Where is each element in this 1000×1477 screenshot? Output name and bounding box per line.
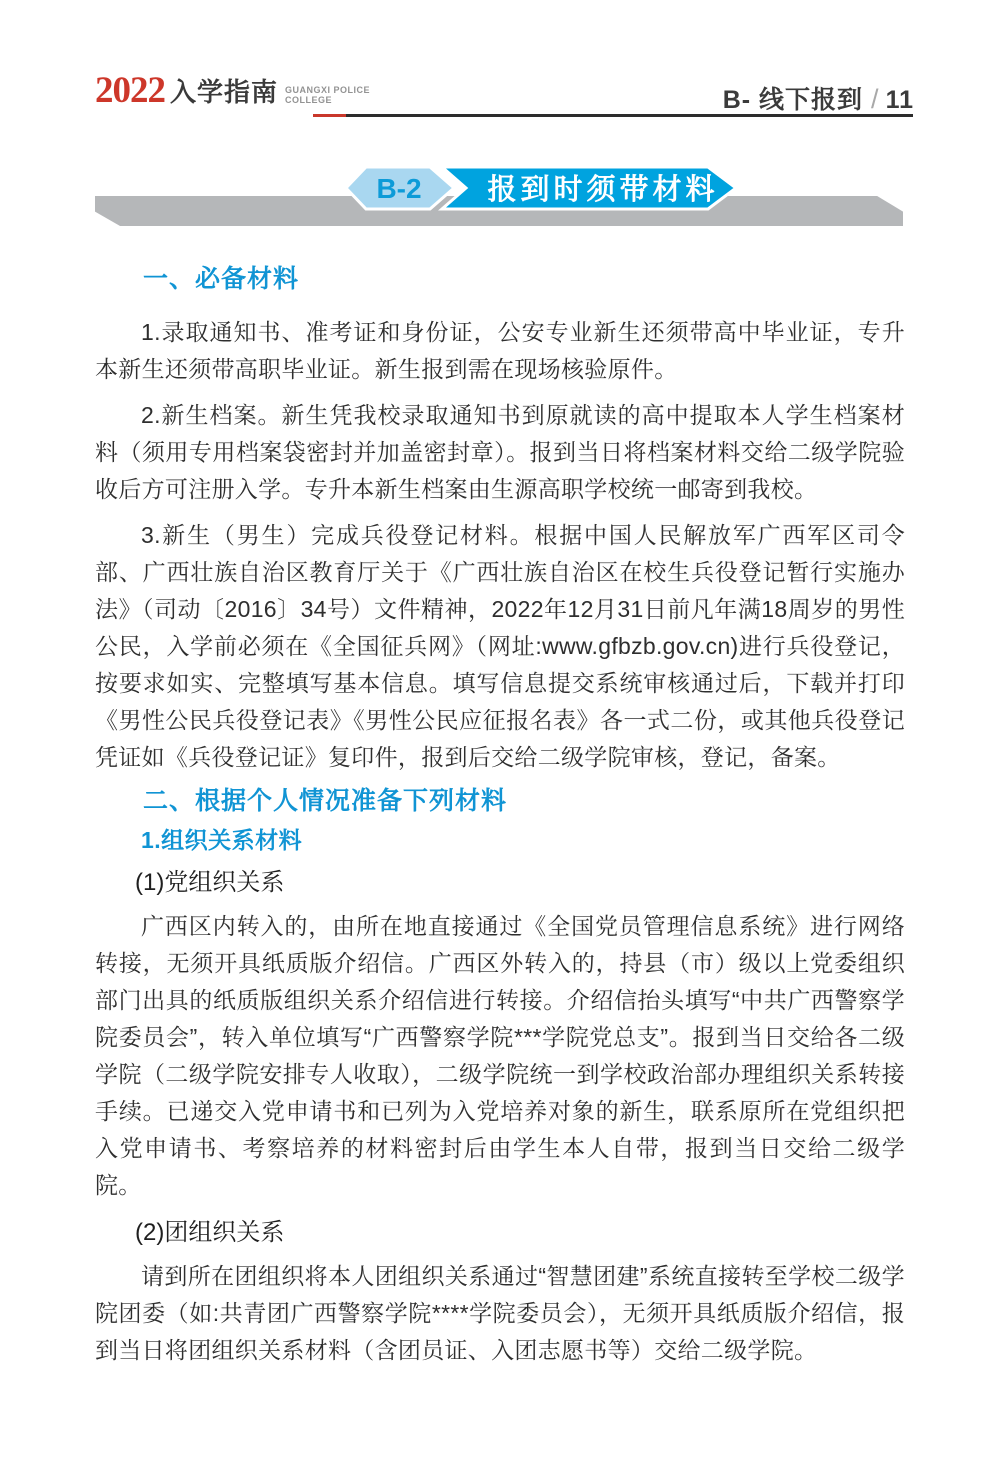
logo-subtitle-line1: GUANGXI POLICE xyxy=(285,85,370,95)
paragraph-military-registration: 3.新生（男生）完成兵役登记材料。根据中国人民解放军广西军区司令部、广西壮族自治… xyxy=(95,517,905,776)
logo: 2022 入学指南 GUANGXI POLICE COLLEGE xyxy=(95,76,370,106)
section-heading-required-materials: 一、必备材料 xyxy=(95,264,905,294)
page: 2022 入学指南 GUANGXI POLICE COLLEGE B- 线下报到… xyxy=(0,0,1000,1477)
header-separator: / xyxy=(871,84,880,115)
header-page-indicator: B- 线下报到 / 11 xyxy=(723,80,914,116)
logo-subtitle: GUANGXI POLICE COLLEGE xyxy=(285,85,370,106)
paragraph-league-relationship: 请到所在团组织将本人团组织关系通过“智慧团建”系统直接转至学校二级学院团委（如:… xyxy=(95,1258,905,1369)
paragraph-student-archive: 2.新生档案。新生凭我校录取通知书到原就读的高中提取本人学生档案材料（须用专用档… xyxy=(95,397,905,508)
banner-badge-code: B-2 xyxy=(376,173,421,204)
paragraph-admission-documents: 1.录取通知书、准考证和身份证，公安专业新生还须带高中毕业证，专升本新生还须带高… xyxy=(95,314,905,388)
logo-subtitle-line2: COLLEGE xyxy=(285,95,332,105)
banner-badge-svg: B-2 报到时须带材料 xyxy=(336,162,756,214)
logo-title: 入学指南 xyxy=(170,79,278,106)
content: 一、必备材料 1.录取通知书、准考证和身份证，公安专业新生还须带高中毕业证，专升… xyxy=(95,240,905,1369)
header-rule-red-segment xyxy=(313,114,346,117)
item-label-party-relationship: (1)党组织关系 xyxy=(95,868,905,898)
header-rule xyxy=(313,114,913,117)
section-heading-personal-materials: 二、根据个人情况准备下列材料 xyxy=(95,786,905,816)
item-label-league-relationship: (2)团组织关系 xyxy=(95,1218,905,1248)
paragraph-party-relationship: 广西区内转入的，由所在地直接通过《全国党员管理信息系统》进行网络转接，无须开具纸… xyxy=(95,908,905,1204)
header-section-label: B- 线下报到 xyxy=(723,80,863,116)
header-page-number: 11 xyxy=(886,86,914,115)
logo-year: 2022 xyxy=(95,76,165,106)
banner-badge-title: 报到时须带材料 xyxy=(487,172,718,206)
subsection-heading-organization-materials: 1.组织关系材料 xyxy=(95,826,905,854)
